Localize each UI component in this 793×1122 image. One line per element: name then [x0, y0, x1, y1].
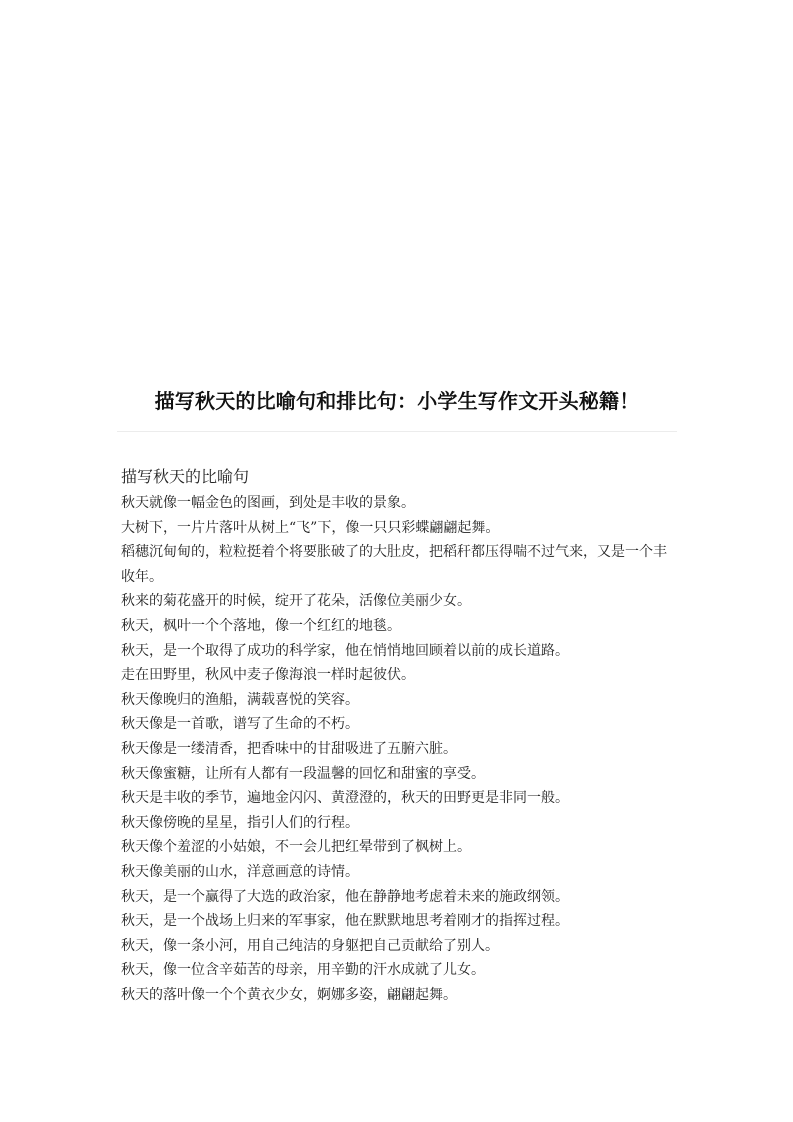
sentence: 秋天像美丽的山水，洋意画意的诗情。: [121, 860, 677, 885]
sentence: 稻穗沉甸甸的，粒粒挺着个将要胀破了的大肚皮，把稻秆都压得喘不过气来，又是一个丰收…: [121, 540, 677, 589]
sentence: 大树下，一片片落叶从树上“飞”下，像一只只彩蝶翩翩起舞。: [121, 516, 677, 541]
sentence: 秋天像是一首歌，谱写了生命的不朽。: [121, 712, 677, 737]
sentence: 秋天，是一个赢得了大选的政治家，他在静静地考虑着未来的施政纲领。: [121, 885, 677, 910]
section-heading: 描写秋天的比喻句: [121, 464, 677, 490]
sentence: 秋天像是一缕清香，把香味中的甘甜吸进了五腑六脏。: [121, 737, 677, 762]
sentence: 秋天是丰收的季节，遍地金闪闪、黄澄澄的，秋天的田野更是非同一般。: [121, 786, 677, 811]
sentence: 秋天，是一个战场上归来的军事家，他在默默地思考着刚才的指挥过程。: [121, 909, 677, 934]
sentence: 秋天，枫叶一个个落地，像一个红红的地毯。: [121, 614, 677, 639]
sentence: 秋天像蜜糖，让所有人都有一段温馨的回忆和甜蜜的享受。: [121, 762, 677, 787]
title-divider: [117, 431, 677, 432]
sentence: 秋天，像一条小河，用自己纯洁的身躯把自己贡献给了别人。: [121, 934, 677, 959]
page-title: 描写秋天的比喻句和排比句：小学生写作文开头秘籍！: [117, 386, 677, 416]
sentence: 秋天像傍晚的星星，指引人们的行程。: [121, 811, 677, 836]
sentence: 秋天就像一幅金色的图画，到处是丰收的景象。: [121, 491, 677, 516]
sentence: 秋天像个羞涩的小姑娘，不一会儿把红晕带到了枫树上。: [121, 835, 677, 860]
sentence: 秋天，是一个取得了成功的科学家，他在悄悄地回顾着以前的成长道路。: [121, 639, 677, 664]
sentence: 秋天像晚归的渔船，满载喜悦的笑容。: [121, 688, 677, 713]
sentence: 秋来的菊花盛开的时候，绽开了花朵，活像位美丽少女。: [121, 589, 677, 614]
sentence: 走在田野里，秋风中麦子像海浪一样时起彼伏。: [121, 663, 677, 688]
sentence: 秋天的落叶像一个个黄衣少女，婀娜多姿，翩翩起舞。: [121, 983, 677, 1008]
sentence: 秋天，像一位含辛茹苦的母亲，用辛勤的汗水成就了儿女。: [121, 958, 677, 983]
article-body: 描写秋天的比喻句 秋天就像一幅金色的图画，到处是丰收的景象。 大树下，一片片落叶…: [121, 464, 677, 1007]
